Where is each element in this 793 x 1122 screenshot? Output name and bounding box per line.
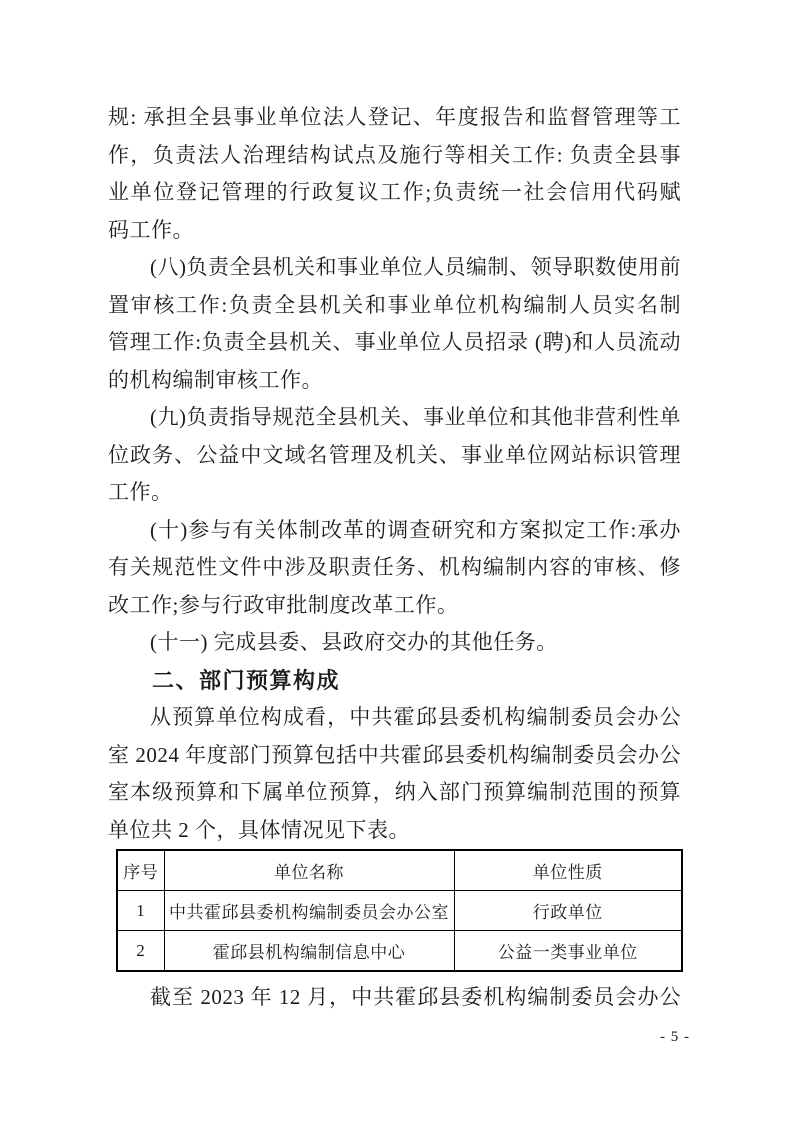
text-line: 作，负责法人治理结构试点及施行等相关工作: 负责全县事 xyxy=(108,137,681,175)
text-line: 从预算单位构成看，中共霍邱县委机构编制委员会办公 xyxy=(108,699,681,737)
text-line: (八)负责全县机关和事业单位人员编制、领导职数使用前 xyxy=(108,249,681,287)
text-line: 规: 承担全县事业单位法人登记、年度报告和监督管理等工 xyxy=(108,99,681,137)
table-header-cell: 单位名称 xyxy=(164,850,454,891)
text-line: 业单位登记管理的行政复议工作;负责统一社会信用代码赋 xyxy=(108,174,681,212)
post-table-text: 截至 2023 年 12 月，中共霍邱县委机构编制委员会办公 xyxy=(108,979,681,1017)
text-line: 有关规范性文件中涉及职责任务、机构编制内容的审核、修 xyxy=(108,549,681,587)
text-line: 置审核工作:负责全县机关和事业单位机构编制人员实名制 xyxy=(108,287,681,325)
text-line: (十)参与有关体制改革的调查研究和方案拟定工作:承办 xyxy=(108,512,681,550)
page-number: - 5 - xyxy=(108,1027,690,1047)
text-line: 截至 2023 年 12 月，中共霍邱县委机构编制委员会办公 xyxy=(108,979,681,1017)
text-line: 工作。 xyxy=(108,474,681,512)
text-line: 的机构编制审核工作。 xyxy=(108,362,681,400)
table-cell: 霍邱县机构编制信息中心 xyxy=(164,931,454,972)
text-line: 位政务、公益中文域名管理及机关、事业单位网站标识管理 xyxy=(108,437,681,475)
document-page: 规: 承担全县事业单位法人登记、年度报告和监督管理等工作，负责法人治理结构试点及… xyxy=(0,0,793,1122)
budget-units-table: 序号单位名称单位性质1中共霍邱县委机构编制委员会办公室行政单位2霍邱县机构编制信… xyxy=(116,849,683,972)
table-cell: 中共霍邱县委机构编制委员会办公室 xyxy=(164,891,454,931)
text-line: 码工作。 xyxy=(108,212,681,250)
text-line: (九)负责指导规范全县机关、事业单位和其他非营利性单 xyxy=(108,399,681,437)
text-line: 室 2024 年度部门预算包括中共霍邱县委机构编制委员会办公 xyxy=(108,737,681,775)
table-row: 2霍邱县机构编制信息中心公益一类事业单位 xyxy=(117,931,682,972)
table-cell: 公益一类事业单位 xyxy=(454,931,682,972)
table-cell: 行政单位 xyxy=(454,891,682,931)
text-line: 单位共 2 个，具体情况见下表。 xyxy=(108,812,681,850)
text-line: (十一) 完成县委、县政府交办的其他任务。 xyxy=(108,624,681,662)
text-line: 管理工作:负责全县机关、事业单位人员招录 (聘)和人员流动 xyxy=(108,324,681,362)
table-row: 1中共霍邱县委机构编制委员会办公室行政单位 xyxy=(117,891,682,931)
table-header-cell: 序号 xyxy=(117,850,164,891)
text-line: 改工作;参与行政审批制度改革工作。 xyxy=(108,587,681,625)
table-cell: 2 xyxy=(117,931,164,972)
pre-table-text: 规: 承担全县事业单位法人登记、年度报告和监督管理等工作，负责法人治理结构试点及… xyxy=(108,99,681,849)
section-heading: 二、部门预算构成 xyxy=(108,662,681,700)
table-header-cell: 单位性质 xyxy=(454,850,682,891)
text-line: 室本级预算和下属单位预算，纳入部门预算编制范围的预算 xyxy=(108,774,681,812)
table-cell: 1 xyxy=(117,891,164,931)
table-header-row: 序号单位名称单位性质 xyxy=(117,850,682,891)
